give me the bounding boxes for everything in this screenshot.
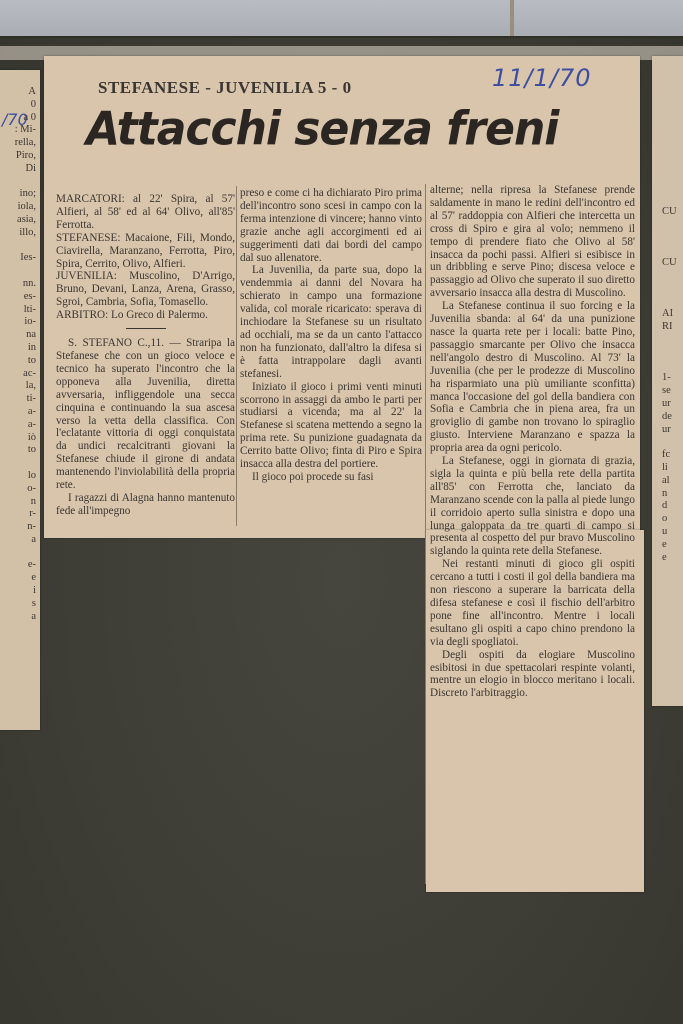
article-headline: Attacchi senza freni xyxy=(86,103,558,157)
lineup-label: ARBITRO: xyxy=(56,309,111,321)
paragraph: La Stefanese continua il suo forcing e l… xyxy=(430,300,635,455)
article-column-2: preso e come ci ha dichiarato Piro prima… xyxy=(240,187,422,484)
lineups: MARCATORI: al 22' Spira, al 57' Alfieri,… xyxy=(56,193,235,322)
lineup-label: JUVENILIA: xyxy=(56,270,129,282)
lineup-label: MARCATORI: xyxy=(56,193,133,205)
article-kicker: STEFANESE - JUVENILIA 5 - 0 xyxy=(98,78,352,98)
paragraph: alterne; nella ripresa la Stefanese pren… xyxy=(430,184,635,300)
paragraph: Iniziato il gioco i primi venti minuti s… xyxy=(240,381,422,471)
lineup-entry: ARBITRO: Lo Greco di Palermo. xyxy=(56,309,235,322)
column-divider xyxy=(236,186,237,526)
paragraph: preso e come ci ha dichiarato Piro prima… xyxy=(240,187,422,264)
lineup-entry: JUVENILIA: Muscolino, D'Arrigo, Bruno, D… xyxy=(56,270,235,309)
separator-rule xyxy=(126,328,166,329)
article-column-1: MARCATORI: al 22' Spira, al 57' Alfieri,… xyxy=(56,193,235,518)
wall-seam xyxy=(510,0,514,40)
paragraph: S. STEFANO C.,11. — Straripa la Stefanes… xyxy=(56,337,235,492)
left-fragment-text: A 0 a 0 : Mi- rella, Piro, Di ino; iola,… xyxy=(0,86,36,623)
handwritten-date: 11/1/70 xyxy=(492,64,592,92)
lineup-label: STEFANESE: xyxy=(56,232,125,244)
paragraph: La Juvenilia, da parte sua, dopo la vend… xyxy=(240,264,422,380)
paragraph: Il gioco poi procede su fasi xyxy=(240,471,422,484)
paragraph: La Stefanese, oggi in giornata di grazia… xyxy=(430,455,635,558)
lineup-entry: MARCATORI: al 22' Spira, al 57' Alfieri,… xyxy=(56,193,235,232)
article-column-3: alterne; nella ripresa la Stefanese pren… xyxy=(430,184,635,700)
paragraph: Degli ospiti da elogiare Muscolino esibi… xyxy=(430,649,635,701)
paragraph: Nei restanti minuti di gioco gli ospiti … xyxy=(430,558,635,648)
paragraph: I ragazzi di Alagna hanno mantenuto fede… xyxy=(56,492,235,518)
right-fragment-text: CU CU AI RI 1- se ur de ur fc li al n d … xyxy=(662,206,677,564)
column-divider xyxy=(425,184,426,884)
lineup-entry: STEFANESE: Macaione, Fili, Mondo, Ciavir… xyxy=(56,232,235,271)
